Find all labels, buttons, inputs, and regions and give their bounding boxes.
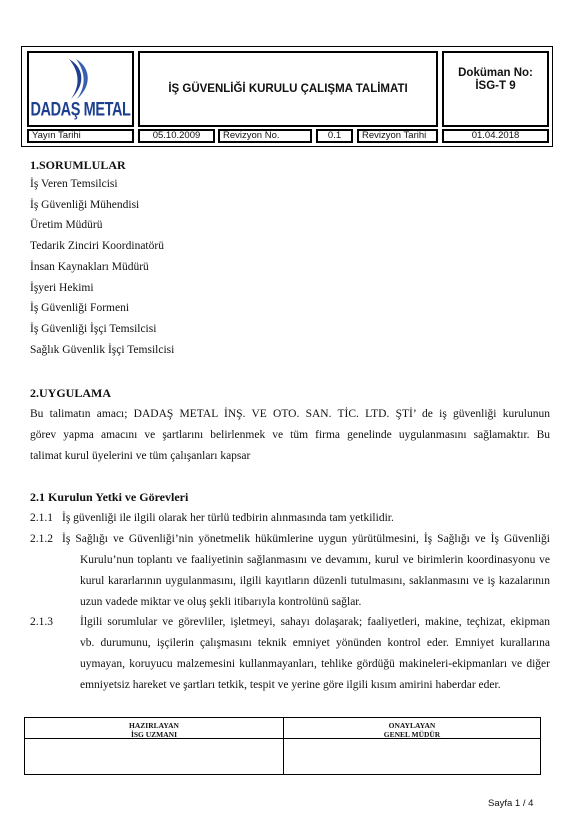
document-number-box: Doküman No: İSG-T 9 [442, 51, 549, 127]
publish-date-label: Yayın Tarihi [27, 129, 134, 143]
document-title: İŞ GÜVENLİĞİ KURULU ÇALIŞMA TALİMATI [138, 51, 438, 127]
item-line: uzun vadede miktar ve oluş şekli itibarı… [80, 592, 550, 613]
signature-table: HAZIRLAYAN İSG UZMANI ONAYLAYAN GENEL MÜ… [24, 717, 541, 775]
item-line: Kurulu’nun toplantı ve faaliyetinin sağl… [80, 550, 550, 571]
page-indicator: Sayfa 1 / 4 [488, 798, 533, 809]
revision-no-value: 0.1 [316, 129, 353, 143]
approved-by-header: ONAYLAYAN GENEL MÜDÜR [284, 718, 540, 739]
item-line: vb. durumunu, işçilerin çalışmasını tekn… [80, 633, 550, 654]
item-text: İş Sağlığı ve Güvenliği’nin yönetmelik h… [62, 529, 550, 550]
responsibility-item: İş Veren Temsilcisi [30, 178, 118, 190]
item-text: İlgili sorumlular ve görevliler, işletme… [80, 612, 550, 696]
section-2-heading: 2.UYGULAMA [30, 386, 111, 401]
revision-date-label: Revizyon Tarihi [357, 129, 438, 143]
prepared-by-label: HAZIRLAYAN [25, 721, 283, 730]
prepared-by-header: HAZIRLAYAN İSG UZMANI [25, 718, 283, 739]
responsibility-item: İş Güvenliği Mühendisi [30, 199, 139, 211]
responsibility-item: İşyeri Hekimi [30, 282, 94, 294]
responsibility-item: Üretim Müdürü [30, 219, 103, 231]
paragraph-line: talimat kurul üyelerini ve tüm çalışanla… [30, 446, 550, 467]
item-number: 2.1.1 [30, 508, 53, 529]
paragraph-line: Bu talimatın amacı; DADAŞ METAL İNŞ. VE … [30, 404, 550, 425]
section-2-1-heading: 2.1 Kurulun Yetki ve Görevleri [30, 490, 188, 505]
item-line: emniyetsiz hareket ve şartları tetkik, t… [80, 675, 550, 696]
company-logo-box: DADAŞ METAL [27, 51, 134, 127]
prepared-by-role: İSG UZMANI [25, 730, 283, 739]
publish-date-value: 05.10.2009 [138, 129, 215, 143]
approved-by-role: GENEL MÜDÜR [284, 730, 540, 739]
document-title-text: İŞ GÜVENLİĞİ KURULU ÇALIŞMA TALİMATI [168, 83, 407, 95]
approved-by-label: ONAYLAYAN [284, 721, 540, 730]
responsibility-item: İş Güvenliği İşçi Temsilcisi [30, 323, 156, 335]
item-text-continuation: Kurulu’nun toplantı ve faaliyetinin sağl… [80, 550, 550, 613]
item-line: kurul kararlarının uygulanmasını, ilgili… [80, 571, 550, 592]
item-line: İş Sağlığı ve Güvenliği’nin yönetmelik h… [62, 529, 550, 550]
responsibility-item: İnsan Kaynakları Müdürü [30, 261, 149, 273]
item-line: İlgili sorumlular ve görevliler, işletme… [80, 612, 550, 633]
company-logo-text: DADAŞ METAL [29, 99, 132, 121]
responsibility-item: Sağlık Güvenlik İşçi Temsilcisi [30, 344, 174, 356]
approved-by-signature-field[interactable] [284, 739, 540, 774]
section-1-heading: 1.SORUMLULAR [30, 158, 126, 173]
revision-no-label: Revizyon No. [218, 129, 312, 143]
prepared-by-signature-field[interactable] [25, 739, 283, 774]
section-2-paragraph: Bu talimatın amacı; DADAŞ METAL İNŞ. VE … [30, 404, 550, 467]
responsibility-item: İş Güvenliği Formeni [30, 302, 129, 314]
revision-date-value: 01.04.2018 [442, 129, 549, 143]
item-text: İş güvenliği ile ilgili olarak her türlü… [62, 508, 394, 529]
item-number: 2.1.3 [30, 612, 53, 633]
document-number-value: İSG-T 9 [444, 80, 547, 93]
document-number-label: Doküman No: [444, 67, 547, 80]
paragraph-line: görev yapma amacını ve şartlarını belirl… [30, 425, 550, 446]
company-logo-icon [65, 57, 95, 101]
item-line: uymayan, koruyucu malzemesini kullanmaya… [80, 654, 550, 675]
item-number: 2.1.2 [30, 529, 53, 550]
responsibility-item: Tedarik Zinciri Koordinatörü [30, 240, 164, 252]
